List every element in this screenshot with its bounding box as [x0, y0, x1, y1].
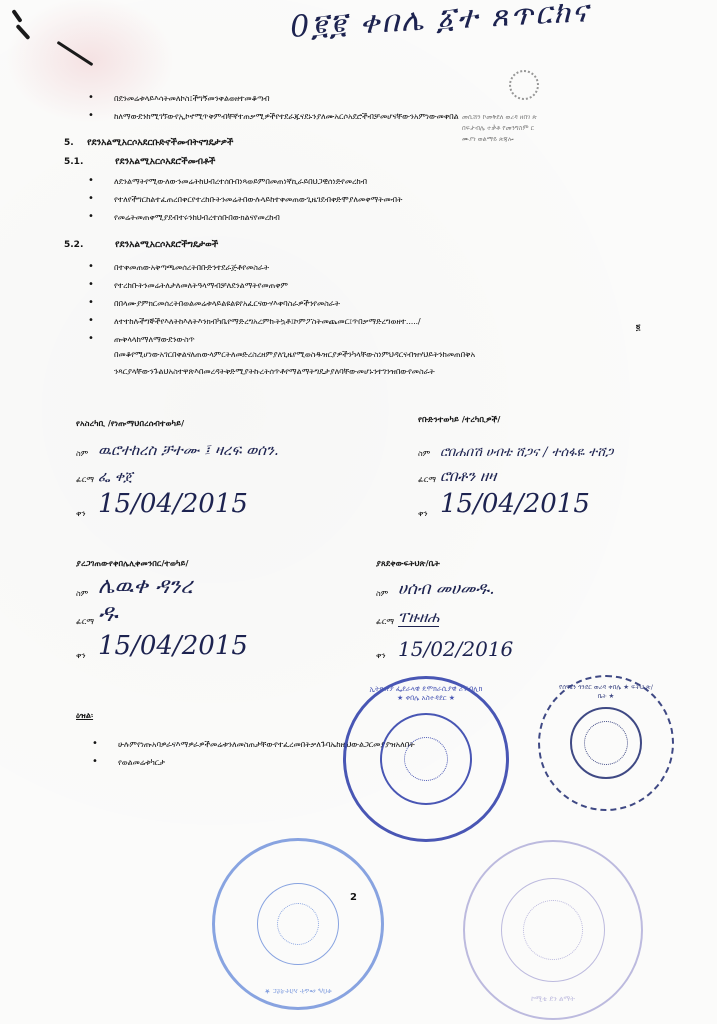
list-item: የተረከቡትንመሬትለታለመለትዓላማብቻለደንልማትየመጠቀም: [88, 276, 420, 294]
intro-bullets: በደንመሬቱላይእሳትመለኮስ፤ችግኝመንቀልወዘተመቆጣብ ከለማውደንከሚገ…: [88, 89, 459, 125]
signature-row: ፊርማ ፌ ቀጀ: [76, 459, 376, 485]
date-row: ቀን 15/04/2015: [76, 485, 376, 519]
date-row: ቀን 15/04/2015: [76, 627, 376, 661]
name-value: ሀሰብ መሀመዱ.: [398, 579, 495, 599]
signature-row: ፊርማ ፐዙዘሐ: [376, 599, 626, 627]
name-row: ስም ሀሰብ መሀመዱ.: [376, 569, 626, 599]
date-value: 15/04/2015: [98, 489, 248, 519]
date-value: 15/04/2015: [98, 631, 248, 661]
list-item: በበላሙያምክርመሰረትበወልመሬቱላይልዩልዩየአፈርናውሃእቀባስራዎችንየ…: [88, 294, 420, 312]
list-item: ለተተከሉችግኞችየእለትከእለትእንክብካቤየማድረግአረምኩትኳቶ፤ኮምፖስ…: [88, 312, 420, 330]
signature-value: ፐዙዘሐ: [398, 608, 439, 627]
side-mark: ፬: [636, 323, 640, 333]
signature-block-handover: የአስረካቢ /የነጡማህበረሰብተወካይ/ ስም ዉሮተከረስ ቻተሙ ፤ ዛ…: [76, 418, 376, 519]
date-row: ቀን 15/04/2015: [418, 485, 708, 519]
list-item: ከለማውደንከሚገኘውየኢኮኖሚጥቅምብቸኛተጠቃሚዎችየተደራጁናደኑንያለሙ…: [88, 107, 459, 125]
date-value: 15/04/2015: [440, 489, 590, 519]
signature-block-group-rep: የቡድንተወካይ /ተረካቢዎች/ ስም ሮበሐበሽ ሀብቴ ሸጋና / ተሰፋ…: [418, 414, 708, 519]
name-value: ዉሮተከረስ ቻተሙ ፤ ዛረፍ ወሰን.: [98, 441, 279, 459]
rights-list: ለደንልማትየሚውለውንመሬትከህብረተሰቡበነጻወይምበመጠነኛኪራይበህጋዊ…: [88, 172, 402, 226]
list-item: በተቀመጠውአቅጣጫመሰረትበቡድንተደራጅቶየመስራት: [88, 258, 420, 276]
duties-continuation: በመቆየሚሆነውአገርበቀልናለጠውላምርትለመድረስረዘምያለጊዜየሚወስዱዝ…: [88, 346, 475, 380]
signature-block-justice-office: ያጸደቀውፍትህጽ/ቤት ስም ሀሰብ መሀመዱ. ፊርማ ፐዙዘሐ ቀን 15…: [376, 558, 626, 661]
list-item: ለደንልማትየሚውለውንመሬትከህብረተሰቡበነጻወይምበመጠነኛኪራይበህጋዊ…: [88, 172, 402, 190]
list-item: በደንመሬቱላይእሳትመለኮስ፤ችግኝመንቀልወዘተመቆጣብ: [88, 89, 459, 107]
section-5-2-heading: 5.2. የደንአልሚአርሶአደሮችግዴታወች: [64, 240, 218, 250]
list-item: የተለየችግርከልተፈጠረበቀርየተረከቡትንመሬትበውሉላይከተቀመጠውጊዜገ…: [88, 190, 402, 208]
emblem-icon: [509, 70, 539, 100]
page-number: 2: [350, 892, 357, 903]
date-row: ቀን 15/02/2016: [376, 627, 626, 661]
list-item: የመሬትመጠቀሚያደብተሩንከህብረተሰቡበውክልናየመረከብ: [88, 208, 402, 226]
name-value: ሮበሐበሽ ሀብቴ ሸጋና / ተሰፋዬ ተሸጋ: [440, 446, 690, 459]
official-stamp-committee: ኮሚቴ ደን ልማት: [463, 840, 643, 1020]
faint-header-stamp: መሲሸን ኮመቅደለ ወረዳ ዘበገ ጽ በፍታብሌ ተቃቶ የመንግስም ር …: [462, 112, 537, 145]
signature-value: ሮበቶን ዘዛ: [440, 467, 496, 485]
date-value: 15/02/2016: [398, 637, 513, 661]
official-stamp-land: ቀበሌ መሬት አስተዳደር ★: [212, 838, 384, 1010]
signature-value: ዱ: [98, 599, 118, 627]
name-row: ስም ዉሮተከረስ ቻተሙ ፤ ዛረፍ ወሰን.: [76, 429, 376, 459]
section-5-1-heading: 5.1. የደንአልሚአርሶአደሮችመብቶች: [64, 157, 215, 167]
signature-row: ፊርማ ሮበቶን ዘዛ: [418, 459, 708, 485]
official-stamp-justice: የሰሜን ጎንደር ወረዳ ቀበሌ ★ ፍትህ ጽ/ቤት ★: [538, 675, 674, 811]
signature-row: ፊርማ ዱ: [76, 599, 376, 627]
official-stamp-kebele: ኢትዮጵያ ፌደራላዊ ዴሞክራሲያዊ ሪፐብሊክ ★ ቀበሌ አስተዳደር ★: [343, 676, 509, 842]
name-row: ስም ሌዉቀ ዳንረ: [76, 569, 376, 599]
name-value: ሌዉቀ ዳንረ: [98, 574, 193, 599]
signature-value: ፌ ቀጀ: [98, 469, 133, 485]
notes-heading: ዕዝል፡: [76, 710, 93, 721]
name-row: ስም ሮበሐበሽ ሀብቴ ሸጋና / ተሰፋዬ ተሸጋ: [418, 425, 708, 459]
signature-block-kebele-chair: ያረጋገጠውየቀበሌሊቀመንበር/ተወካይ/ ስም ሌዉቀ ዳንረ ፊርማ ዱ …: [76, 558, 376, 661]
duties-list: በተቀመጠውአቅጣጫመሰረትበቡድንተደራጅቶየመስራት የተረከቡትንመሬትለ…: [88, 258, 420, 348]
section-5-heading: 5. የደንአልሚአርሶአደርቡድኖችመብትናግዴታዎች: [64, 138, 233, 148]
